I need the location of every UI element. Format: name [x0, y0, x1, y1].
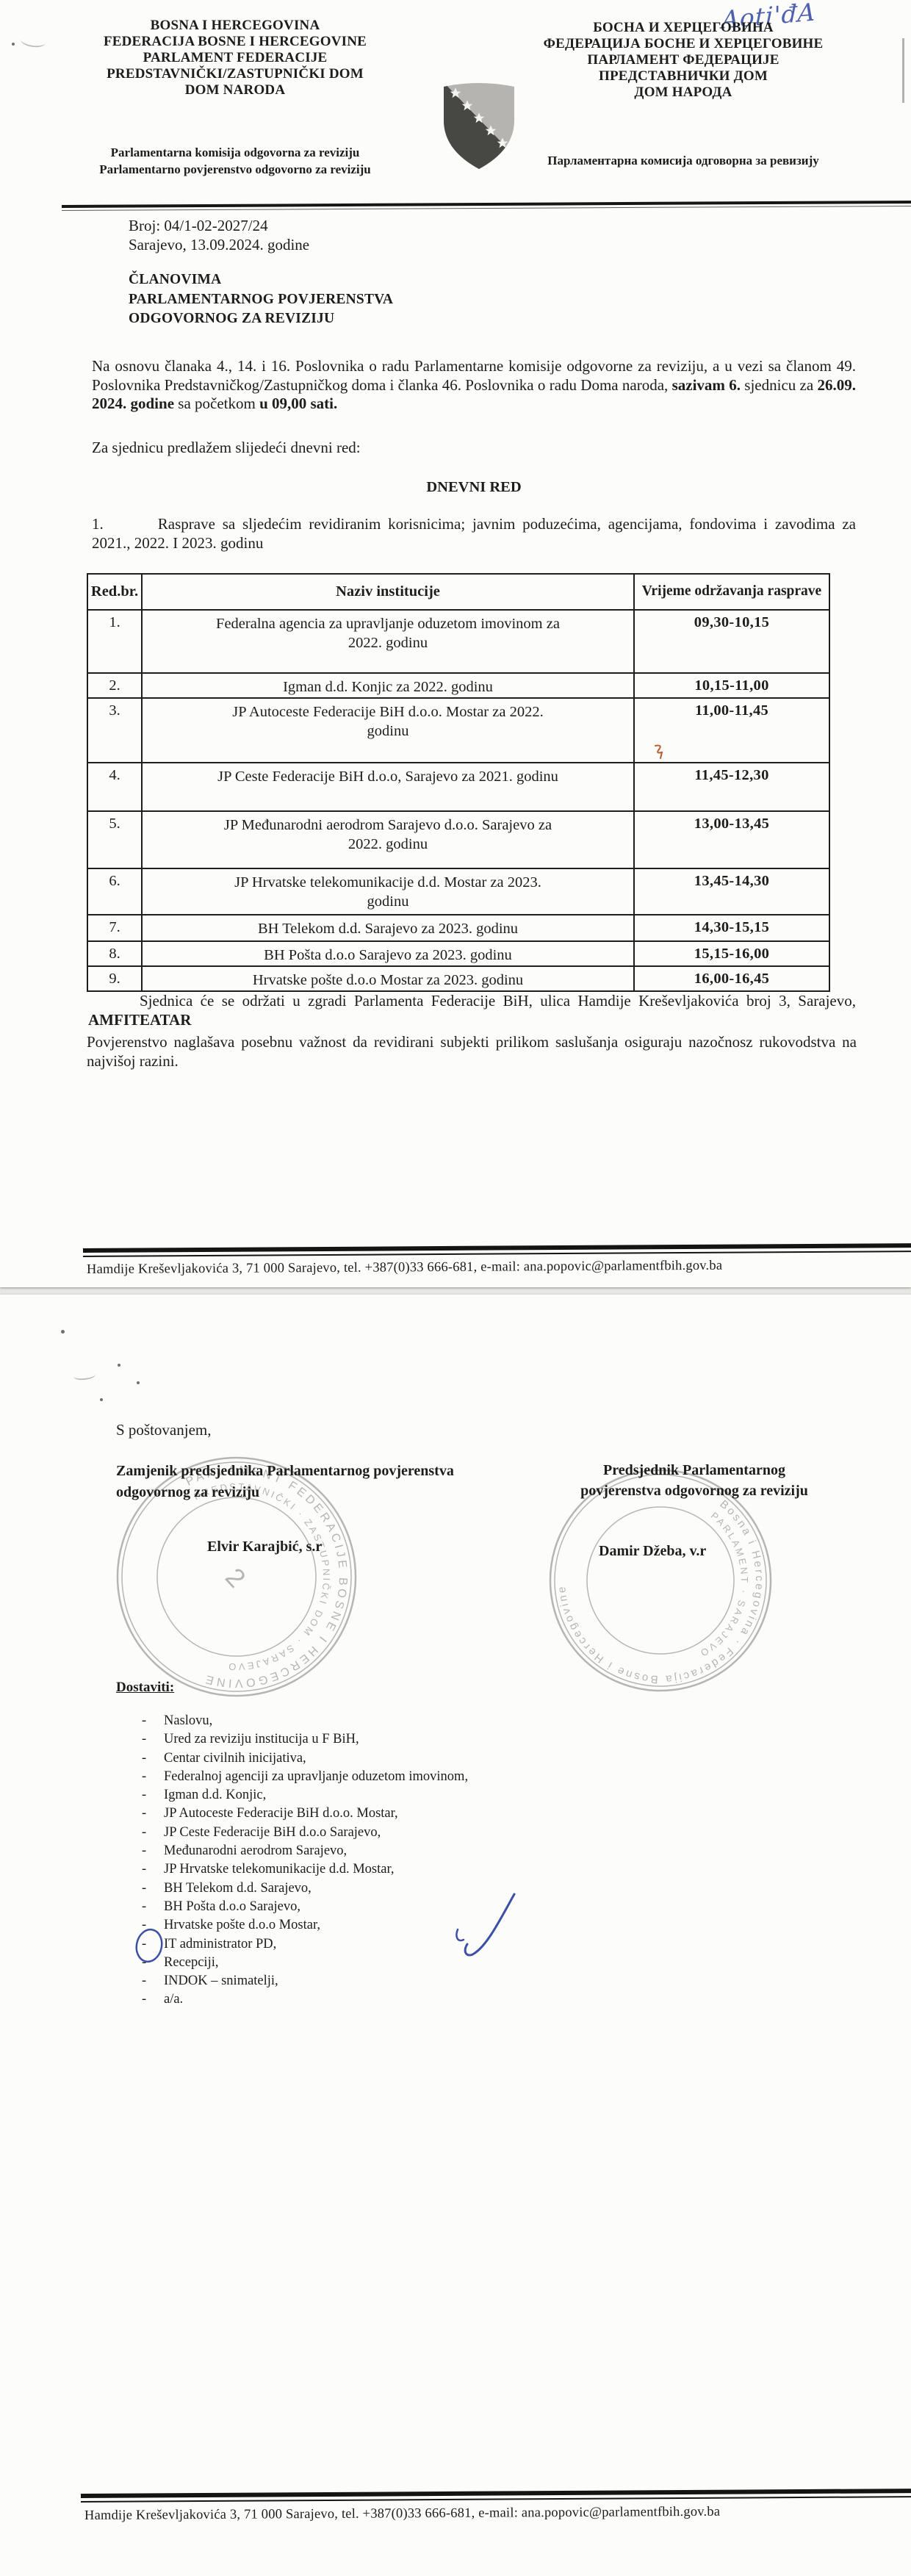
subheader-left-line: Parlamentarno povjerenstvo odgovorno za … — [59, 161, 411, 178]
list-dash: - — [142, 1860, 164, 1879]
scan-speck — [137, 1381, 140, 1384]
agenda-heading: DNEVNI RED — [92, 479, 856, 496]
table-cell-time: 14,30-15,15 — [634, 915, 829, 941]
blue-tick-mark — [456, 1929, 464, 1940]
table-cell-name: Hrvatske pošte d.o.o Mostar za 2023. god… — [142, 966, 634, 991]
scan-edge-artifact — [902, 38, 904, 103]
table-cell-name: JP Hrvatske telekomunikacije d.d. Mostar… — [142, 868, 634, 915]
addressee-line: ODGOVORNOG ZA REVIZIJU — [129, 309, 393, 329]
bold-text-segment: AMFITEATAR — [88, 1011, 191, 1029]
table-cell-time: 11,45-12,30 — [634, 763, 829, 811]
list-dash: - — [142, 1786, 164, 1805]
list-item-text: JP Autoceste Federacije BiH d.o.o. Mosta… — [164, 1805, 398, 1823]
table-cell-num: 2. — [87, 673, 142, 698]
list-dash: - — [142, 1749, 164, 1768]
list-item-text: Ured za reviziju institucija u F BiH, — [164, 1730, 359, 1749]
list-item-text: JP Hrvatske telekomunikacije d.d. Mostar… — [164, 1860, 395, 1879]
table-row: 9.Hrvatske pošte d.o.o Mostar za 2023. g… — [87, 966, 829, 991]
table-row: 8.BH Pošta d.o.o Sarajevo za 2023. godin… — [87, 941, 829, 966]
addressee-line: ČLANOVIMA — [129, 270, 393, 290]
signature-name-right: Damir Džeba, v.r — [599, 1543, 706, 1560]
col-header-time: Vrijeme održavanja rasprave — [634, 574, 829, 610]
place-date: Sarajevo, 13.09.2024. godine — [129, 236, 309, 255]
letterhead-left-line: BOSNA I HERCEGOVINA — [59, 18, 411, 34]
list-item-text: Igman d.d. Konjic, — [164, 1786, 266, 1805]
list-dash: - — [142, 1712, 164, 1730]
bold-text-segment: u 09,00 sati. — [259, 395, 337, 412]
salutation: S poštovanjem, — [116, 1421, 212, 1440]
subheader-left-line: Parlamentarna komisija odgovorna za revi… — [59, 144, 411, 161]
list-dash: - — [142, 1805, 164, 1823]
list-item: -Federalnoj agenciji za upravljanje oduz… — [142, 1768, 468, 1786]
letterhead-right: БОСНА И ХЕРЦЕГОВИНА ФЕДЕРАЦИЈА БОСНЕ И Х… — [507, 20, 860, 101]
scan-speck — [61, 1330, 65, 1334]
signature-name-left: Elvir Karajbić, s.r — [207, 1539, 322, 1555]
list-dash: - — [142, 1842, 164, 1860]
list-item-text: Naslovu, — [164, 1712, 212, 1730]
list-dash: - — [142, 1768, 164, 1786]
addressee-block: ČLANOVIMA PARLAMENTARNOG POVJERENSTVA OD… — [129, 270, 393, 329]
letterhead-left-line: PREDSTAVNIČKI/ZASTUPNIČKI DOM — [59, 66, 411, 82]
table-cell-num: 7. — [87, 915, 142, 941]
table-cell-num: 1. — [87, 610, 142, 673]
scanned-document-canvas: { "page1": { "annotation": "Aoti'đA", "h… — [0, 0, 911, 2576]
table-cell-name: JP Ceste Federacije BiH d.o.o, Sarajevo … — [142, 763, 634, 811]
table-row: 5.JP Međunarodni aerodrom Sarajevo d.o.o… — [87, 811, 829, 868]
agenda-table-body: 1.Federalna agencia za upravljanje oduze… — [87, 610, 829, 991]
table-cell-num: 3. — [87, 698, 142, 763]
letterhead-left-line: FEDERACIJA BOSNE I HERCEGOVINE — [59, 34, 411, 50]
footer-address: Hamdije Kreševljakovića 3, 71 000 Saraje… — [84, 2505, 720, 2524]
proposal-line: Za sjednicu predlažem slijedeći dnevni r… — [92, 439, 361, 458]
agenda-item-number: 1. — [92, 515, 104, 533]
table-cell-name: Igman d.d. Konjic za 2022. godinu — [142, 673, 634, 698]
scan-speck — [100, 1398, 103, 1401]
list-item: -a/a. — [142, 1990, 468, 2009]
list-item: -Naslovu, — [142, 1712, 468, 1730]
table-cell-name: JP Autoceste Federacije BiH d.o.o. Mosta… — [142, 698, 634, 763]
bold-text-segment: sazivam 6. — [672, 376, 741, 394]
list-item: -JP Hrvatske telekomunikacije d.d. Mosta… — [142, 1860, 468, 1879]
list-dash: - — [142, 1730, 164, 1749]
scan-speck — [12, 43, 15, 46]
letterhead-left: BOSNA I HERCEGOVINA FEDERACIJA BOSNE I H… — [59, 18, 411, 98]
letterhead-right-line: ПРЕДСТАВНИЧКИ ДОМ — [507, 68, 860, 84]
table-cell-num: 5. — [87, 811, 142, 868]
table-cell-name: JP Međunarodni aerodrom Sarajevo d.o.o. … — [142, 811, 634, 868]
red-pen-mark — [652, 744, 667, 761]
addressee-line: PARLAMENTARNOG POVJERENSTVA — [129, 290, 393, 310]
letterhead-right-line: ПАРЛАМЕНТ ФЕДЕРАЦИЈЕ — [507, 52, 860, 68]
page-2: PARLAMENT FEDERACIJE BOSNE I HERCEGOVINE… — [0, 1295, 911, 2576]
list-item: -Igman d.d. Konjic, — [142, 1786, 468, 1805]
table-cell-time: 16,00-16,45 — [634, 966, 829, 991]
subheader-left: Parlamentarna komisija odgovorna za revi… — [59, 144, 411, 178]
blue-check-mark — [465, 1894, 514, 1955]
table-row: 3.JP Autoceste Federacije BiH d.o.o. Mos… — [87, 698, 829, 763]
table-row: 1.Federalna agencia za upravljanje oduze… — [87, 610, 829, 673]
list-item-text: Federalnoj agenciji za upravljanje oduze… — [164, 1768, 468, 1786]
distribution-heading: Dostaviti: — [116, 1680, 174, 1696]
list-item-text: Međunarodni aerodrom Sarajevo, — [164, 1842, 347, 1860]
letterhead-right-line: ДОМ НАРОДА — [507, 84, 860, 101]
list-dash: - — [142, 1824, 164, 1842]
text-segment: Sjednica će se održati u zgradi Parlamen… — [140, 992, 856, 1010]
list-item: -Ured za reviziju institucija u F BiH, — [142, 1730, 468, 1749]
letterhead-left-line: PARLAMENT FEDERACIJE — [59, 50, 411, 66]
stamp-center-text: 2 — [220, 1562, 252, 1594]
subheader-right: Парламентарна комисија одговорна за реви… — [507, 152, 860, 169]
text-segment: sjednicu za — [741, 376, 818, 394]
text-segment: sa početkom — [174, 395, 259, 412]
agenda-item-1: 1.Rasprave sa sljedećim revidiranim kori… — [92, 515, 856, 553]
blue-circle-mark — [134, 1927, 165, 1964]
col-header-number: Red.br. — [87, 574, 142, 610]
intro-paragraph: Na osnovu članaka 4., 14. i 16. Poslovni… — [92, 357, 856, 414]
letterhead-left-line: DOM NARODA — [59, 82, 411, 98]
col-header-institution: Naziv institucije — [142, 574, 634, 610]
table-cell-time: 10,15-11,00 — [634, 673, 829, 698]
list-item: -Centar civilnih inicijativa, — [142, 1749, 468, 1768]
letterhead-right-line: ФЕДЕРАЦИЈА БОСНЕ И ХЕРЦЕГОВИНЕ — [507, 36, 860, 52]
signature-title-left: Zamjenik predsjednika Parlamentarnog pov… — [116, 1461, 516, 1503]
blue-pen-marks — [129, 1882, 540, 1978]
closing-paragraph: Sjednica će se održati u zgradi Parlamen… — [88, 992, 856, 1029]
note-paragraph: Povjerenstvo naglašava posebnu važnost d… — [87, 1033, 857, 1071]
signature-title-right: Predsjednik Parlamentarnog povjerenstva … — [580, 1461, 808, 1501]
agenda-item-text: Rasprave sa sljedećim revidiranim korisn… — [92, 515, 856, 552]
letterhead-right-line: БОСНА И ХЕРЦЕГОВИНА — [507, 20, 860, 36]
table-cell-time: 15,15-16,00 — [634, 941, 829, 966]
list-item: -JP Ceste Federacije BiH d.o.o Sarajevo, — [142, 1824, 468, 1842]
table-cell-name: BH Pošta d.o.o Sarajevo za 2023. godinu — [142, 941, 634, 966]
scan-speck — [118, 1364, 120, 1367]
list-item-text: JP Ceste Federacije BiH d.o.o Sarajevo, — [164, 1824, 381, 1842]
table-row: 7.BH Telekom d.d. Sarajevo za 2023. godi… — [87, 915, 829, 941]
list-item-text: Centar civilnih inicijativa, — [164, 1749, 306, 1768]
list-item: -JP Autoceste Federacije BiH d.o.o. Most… — [142, 1805, 468, 1823]
footer-address: Hamdije Kreševljakovića 3, 71 000 Saraje… — [87, 1259, 722, 1278]
table-cell-time: 09,30-10,15 — [634, 610, 829, 673]
table-cell-time: 13,00-13,45 — [634, 811, 829, 868]
table-cell-time: 13,45-14,30 — [634, 868, 829, 915]
table-cell-name: BH Telekom d.d. Sarajevo za 2023. godinu — [142, 915, 634, 941]
list-dash: - — [142, 1990, 164, 2009]
table-cell-num: 4. — [87, 763, 142, 811]
table-cell-num: 6. — [87, 868, 142, 915]
list-item-text: a/a. — [164, 1990, 183, 2009]
agenda-table: Red.br. Naziv institucije Vrijeme održav… — [87, 573, 830, 992]
page-1: Aoti'đA BOSNA I HERCEGOVINA FEDERACIJA B… — [0, 0, 911, 1287]
table-row: 2.Igman d.d. Konjic za 2022. godinu10,15… — [87, 673, 829, 698]
table-cell-num: 8. — [87, 941, 142, 966]
list-item: -Međunarodni aerodrom Sarajevo, — [142, 1842, 468, 1860]
table-cell-name: Federalna agencia za upravljanje oduzeto… — [142, 610, 634, 673]
table-row: 4.JP Ceste Federacije BiH d.o.o, Sarajev… — [87, 763, 829, 811]
table-header-row: Red.br. Naziv institucije Vrijeme održav… — [87, 574, 829, 610]
reference-number: Broj: 04/1-02-2027/24 — [129, 217, 268, 236]
table-cell-num: 9. — [87, 966, 142, 991]
scan-smudge — [20, 34, 46, 49]
scan-smudge — [73, 1370, 96, 1381]
table-row: 6.JP Hrvatske telekomunikacije d.d. Most… — [87, 868, 829, 915]
